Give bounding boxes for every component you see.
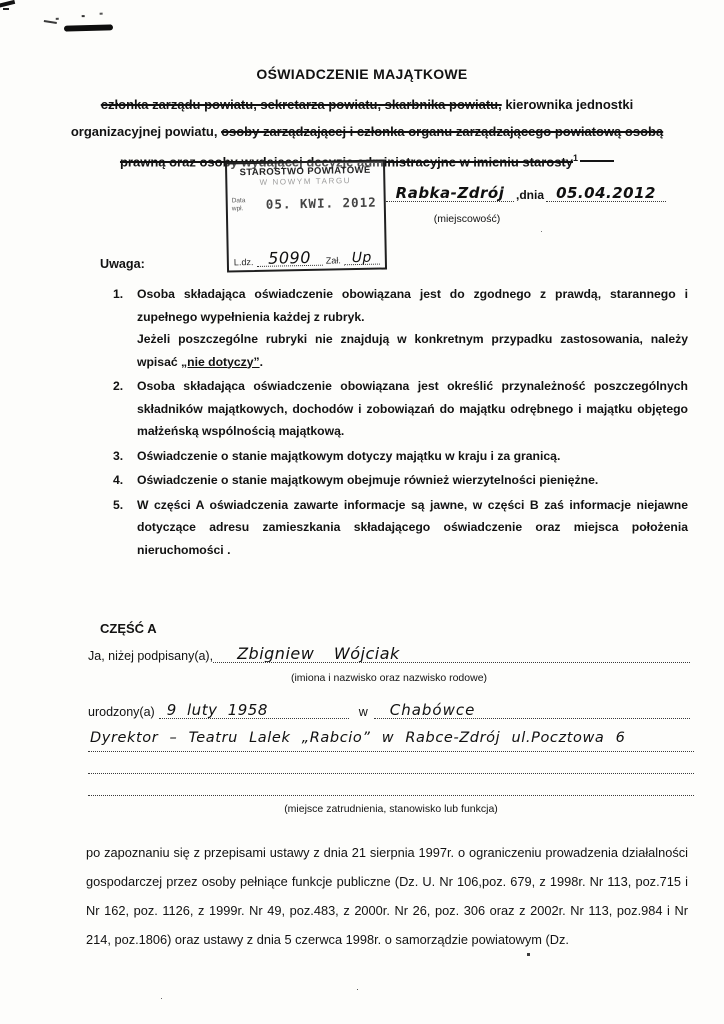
declarant-name-line: Ja, niżej podpisany(a), Zbigniew Wójciak [88, 644, 690, 663]
place-handwritten: Rabka-Zdrój [396, 184, 505, 202]
footnote-marker: 1 [573, 153, 578, 163]
born-label: urodzony(a) [88, 705, 155, 719]
birth-line: urodzony(a) 9 luty 1958 w Chabówce [88, 701, 690, 719]
notes-heading: Uwaga: [100, 257, 145, 271]
declarant-name-handwritten: Zbigniew Wójciak [237, 644, 400, 663]
subtitle-line-2: organizacyjnej powiatu, osoby zarządzają… [38, 119, 696, 146]
stamp-zal-fill-line: Up [344, 250, 380, 266]
stamp-reference-row: L.dz. 5090 Zał. Up [234, 247, 380, 268]
stamp-ldz-fill-line: 5090 [256, 248, 323, 267]
note-item-2: 2. Osoba składająca oświadczenie obowiąz… [113, 375, 688, 443]
place-caption: (miejscowość) [403, 213, 531, 225]
employment-fill-line-1: Dyrektor – Teatru Lalek „Rabcio” w Rabce… [88, 727, 694, 752]
declarant-intro-label: Ja, niżej podpisany(a), [88, 649, 213, 663]
subtitle-line1-plain-text: kierownika jednostki [502, 97, 634, 112]
part-a-heading: CZĘŚĆ A [100, 621, 157, 636]
place-date-line: Rabka-Zdrój ,dnia 05.04.2012 [386, 184, 666, 202]
subtitle-line1-struck-text: członka zarządu powiatu, sekretarza powi… [101, 97, 502, 112]
subtitle-line-1: członka zarządu powiatu, sekretarza powi… [38, 92, 696, 119]
note-item-5: 5. W części A oświadczenia zawarte infor… [113, 494, 688, 562]
name-caption: (imiona i nazwisko oraz nazwisko rodowe) [88, 672, 690, 684]
note-2-number: 2. [113, 375, 137, 443]
note-5-number: 5. [113, 494, 137, 562]
note-1-body: Osoba składająca oświadczenie obowiązana… [137, 283, 688, 373]
stamp-ldz-handwritten-value: 5090 [268, 248, 311, 268]
birthplace-fill-line: Chabówce [374, 701, 690, 719]
employment-caption: (miejsce zatrudnienia, stanowisko lub fu… [88, 803, 694, 815]
note-item-3: 3. Oświadczenie o stanie majątkowym doty… [113, 445, 688, 468]
stamp-zal-label: Zał. [326, 255, 341, 265]
note-2-text: Osoba składająca oświadczenie obowiązana… [137, 375, 688, 443]
note-1-number: 1. [113, 283, 137, 373]
stamp-received-label: Data wpł. [232, 197, 259, 212]
note-4-text: Oświadczenie o stanie majątkowym obejmuj… [137, 469, 688, 492]
strike-extension-line [580, 160, 614, 162]
legal-basis-paragraph: po zapoznaniu się z przepisami ustawy z … [86, 838, 688, 954]
note-5-text: W części A oświadczenia zawarte informac… [137, 494, 688, 562]
stamp-received-date: 05. KWI. 2012 [259, 195, 384, 212]
note-item-4: 4. Oświadczenie o stanie majątkowym obej… [113, 469, 688, 492]
pen-scribble-mark [64, 24, 113, 31]
stamp-date-row: Data wpł. 05. KWI. 2012 [228, 195, 384, 213]
birthdate-fill-line: 9 luty 1958 [159, 701, 349, 719]
note-1-text2-underlined: „nie dotyczy” [181, 355, 260, 369]
birthdate-handwritten: 9 luty 1958 [167, 701, 268, 719]
stamp-office-city: W NOWYM TARGU [227, 176, 383, 188]
document-title: OŚWIADCZENIE MAJĄTKOWE [0, 66, 724, 82]
employment-fill-line-3 [88, 774, 694, 796]
name-fill-line: Zbigniew Wójciak [213, 644, 690, 663]
note-3-text: Oświadczenie o stanie majątkowym dotyczy… [137, 445, 688, 468]
date-fill-line: 05.04.2012 [546, 184, 666, 202]
place-fill-line: Rabka-Zdrój [386, 184, 514, 202]
note-1-text2-suffix: . [260, 355, 263, 369]
note-1-text: Osoba składająca oświadczenie obowiązana… [137, 283, 688, 328]
dnia-label: ,dnia [516, 188, 544, 202]
employment-fill-line-2 [88, 752, 694, 774]
office-receipt-stamp: STAROSTWO POWIATOWE W NOWYM TARGU Data w… [225, 159, 387, 272]
note-item-1: 1. Osoba składająca oświadczenie obowiąz… [113, 283, 688, 373]
note-3-number: 3. [113, 445, 137, 468]
employment-section: Dyrektor – Teatru Lalek „Rabcio” w Rabce… [88, 727, 694, 815]
subtitle-line2-plain-text: organizacyjnej powiatu, [71, 124, 221, 139]
in-label: w [359, 705, 368, 719]
notes-list: 1. Osoba składająca oświadczenie obowiąz… [113, 283, 688, 563]
stamp-ldz-label: L.dz. [234, 257, 254, 267]
stamp-zal-handwritten-value: Up [352, 250, 372, 266]
subtitle-line2-struck-text: osoby zarządzającej i członka organu zar… [221, 124, 663, 139]
birthplace-handwritten: Chabówce [390, 701, 476, 719]
note-1-text2: Jeżeli poszczególne rubryki nie znajdują… [137, 328, 688, 373]
employment-handwritten: Dyrektor – Teatru Lalek „Rabcio” w Rabce… [90, 730, 625, 746]
scan-corner-mark [0, 0, 15, 8]
scanned-document-page: OŚWIADCZENIE MAJĄTKOWE członka zarządu p… [0, 0, 724, 1024]
scan-corner-mark-small [3, 8, 9, 10]
note-4-number: 4. [113, 469, 137, 492]
date-handwritten: 05.04.2012 [556, 184, 656, 202]
